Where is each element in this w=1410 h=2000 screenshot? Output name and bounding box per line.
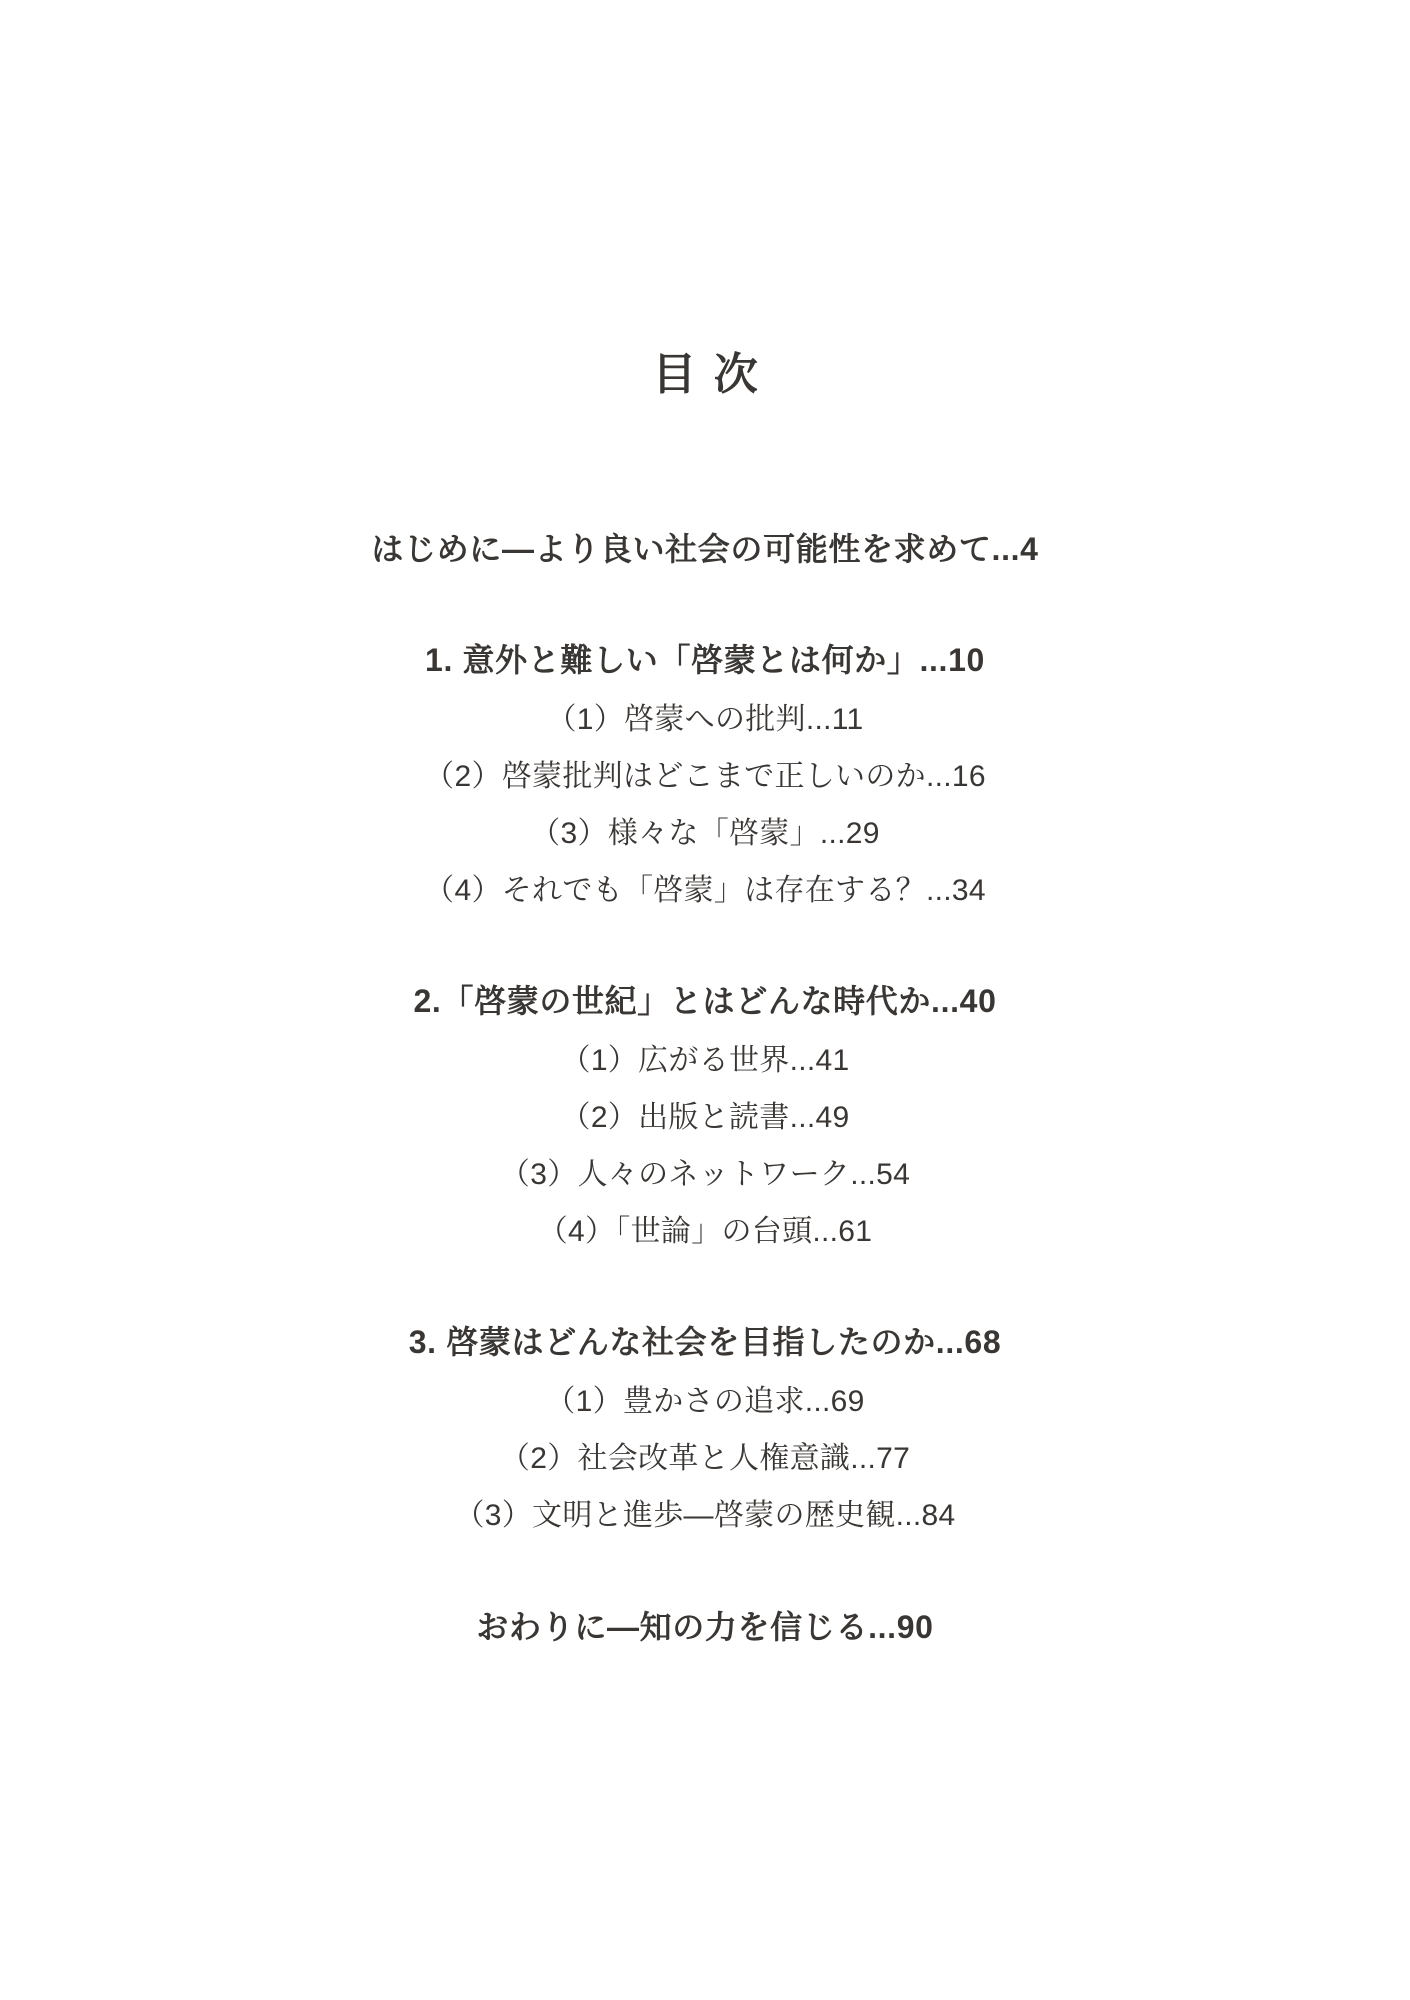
chapter-3-item-1: （1）豊かさの追求...69 xyxy=(0,1373,1410,1430)
chapter-2-heading: 2.「啓蒙の世紀」とはどんな時代か...40 xyxy=(0,970,1410,1032)
chapter-2-item-3: （3）人々のネットワーク...54 xyxy=(0,1146,1410,1203)
toc-entry-outro: おわりに―知の力を信じる...90 xyxy=(0,1599,1410,1656)
chapter-2-item-4: （4）「世論」の台頭...61 xyxy=(0,1203,1410,1260)
chapter-2-item-2: （2）出版と読書...49 xyxy=(0,1089,1410,1146)
page-title: 目次 xyxy=(0,350,1410,400)
toc-chapter-1: 1. 意外と難しい「啓蒙とは何か」...10 （1）啓蒙への批判...11 （2… xyxy=(0,629,1410,919)
chapter-1-heading: 1. 意外と難しい「啓蒙とは何か」...10 xyxy=(0,629,1410,691)
chapter-3-heading: 3. 啓蒙はどんな社会を目指したのか...68 xyxy=(0,1311,1410,1373)
toc-chapter-2: 2.「啓蒙の世紀」とはどんな時代か...40 （1）広がる世界...41 （2）… xyxy=(0,970,1410,1260)
chapter-3-item-2: （2）社会改革と人権意識...77 xyxy=(0,1430,1410,1487)
toc-entry-intro: はじめに―より良い社会の可能性を求めて...4 xyxy=(0,521,1410,578)
toc-chapter-3: 3. 啓蒙はどんな社会を目指したのか...68 （1）豊かさの追求...69 （… xyxy=(0,1311,1410,1544)
chapter-1-item-4: （4）それでも「啓蒙」は存在する？...34 xyxy=(0,862,1410,919)
chapter-1-item-2: （2）啓蒙批判はどこまで正しいのか...16 xyxy=(0,748,1410,805)
chapter-1-item-1: （1）啓蒙への批判...11 xyxy=(0,691,1410,748)
chapter-2-item-1: （1）広がる世界...41 xyxy=(0,1032,1410,1089)
chapter-3-item-3: （3）文明と進歩―啓蒙の歴史観...84 xyxy=(0,1487,1410,1544)
toc-page: 目次 はじめに―より良い社会の可能性を求めて...4 1. 意外と難しい「啓蒙と… xyxy=(0,0,1410,2000)
chapter-1-item-3: （3）様々な「啓蒙」...29 xyxy=(0,805,1410,862)
